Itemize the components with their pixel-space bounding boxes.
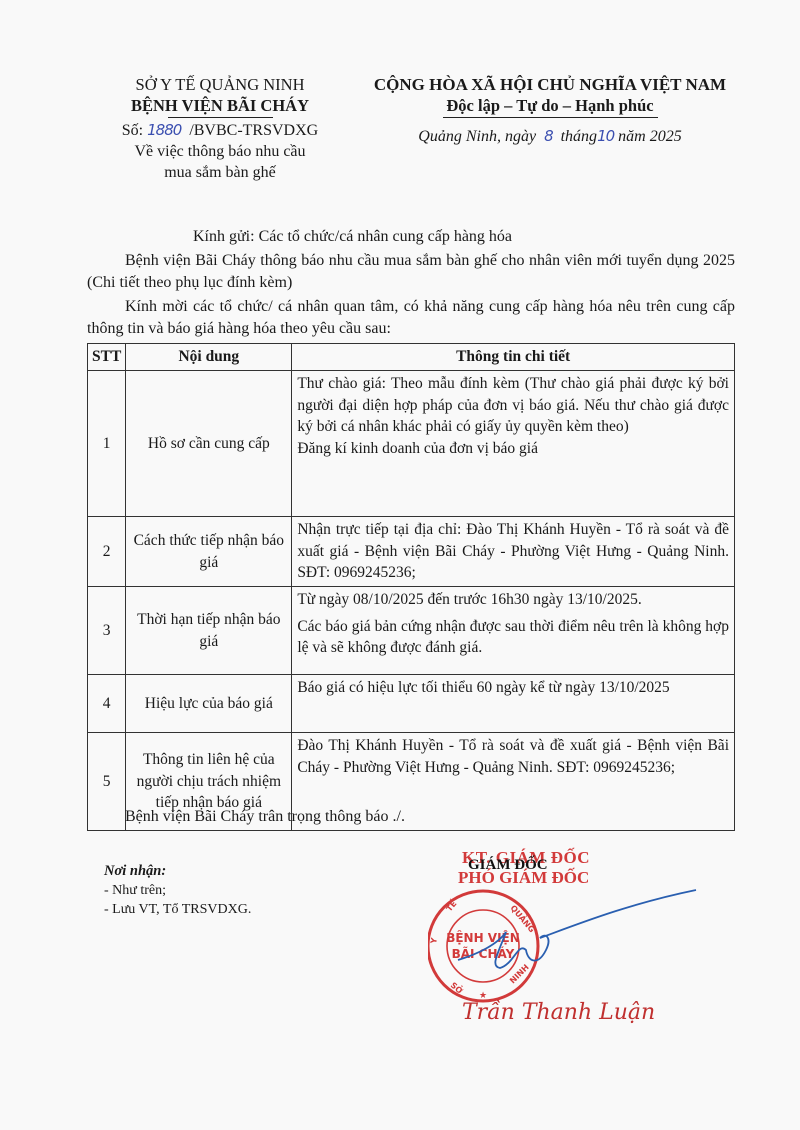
- svg-text:SỞ: SỞ: [449, 978, 466, 995]
- requirements-table: STT Nội dung Thông tin chi tiết 1 Hồ sơ …: [87, 343, 735, 831]
- row-category: Thời hạn tiếp nhận báo giá: [126, 587, 292, 675]
- row-stt: 2: [88, 517, 126, 587]
- recipient-item: - Như trên;: [104, 881, 251, 900]
- detail-line: Thư chào giá: Theo mẫu đính kèm (Thư chà…: [297, 373, 729, 438]
- hospital-name: BỆNH VIỆN BÃI CHÁY: [90, 95, 350, 116]
- table-row: 4 Hiệu lực của báo giá Báo giá có hiệu l…: [88, 675, 735, 733]
- closing-line: Bệnh viện Bãi Cháy trân trọng thông báo …: [125, 808, 405, 826]
- doc-number-suffix: /BVBC-TRSVDXG: [189, 122, 318, 139]
- detail-line: Đào Thị Khánh Huyền - Tổ rà soát và đề x…: [297, 735, 729, 778]
- ministry-name: SỞ Y TẾ QUẢNG NINH: [90, 74, 350, 95]
- national-header-block: CỘNG HÒA XÃ HỘI CHỦ NGHĨA VIỆT NAM Độc l…: [350, 74, 750, 147]
- recipients-label: Nơi nhận:: [104, 862, 251, 881]
- recipients-block: Nơi nhận: - Như trên; - Lưu VT, Tổ TRSVD…: [104, 862, 251, 919]
- row-stt: 4: [88, 675, 126, 733]
- intro-paragraph: Bệnh viện Bãi Cháy thông báo nhu cầu mua…: [87, 250, 735, 293]
- divider: [443, 117, 658, 118]
- header-stt: STT: [88, 344, 126, 371]
- row-stt: 5: [88, 733, 126, 831]
- row-category: Hồ sơ cần cung cấp: [126, 371, 292, 517]
- addressee: Kính gửi: Các tổ chức/cá nhân cung cấp h…: [193, 226, 693, 248]
- republic-title: CỘNG HÒA XÃ HỘI CHỦ NGHĨA VIỆT NAM: [350, 74, 750, 95]
- header-content: Nội dung: [126, 344, 292, 371]
- doc-number-handwritten: 1880: [147, 121, 181, 139]
- recipient-item: - Lưu VT, Tổ TRSVDXG.: [104, 900, 251, 919]
- row-stt: 3: [88, 587, 126, 675]
- date-month-handwritten: 10: [597, 127, 614, 145]
- document-number: Số: 1880 /BVBC-TRSVDXG: [90, 120, 350, 141]
- svg-text:★: ★: [479, 990, 487, 1000]
- date-prefix: Quảng Ninh, ngày: [418, 128, 536, 145]
- detail-line: Các báo giá bản cứng nhận được sau thời …: [297, 616, 729, 659]
- issuing-authority-block: SỞ Y TẾ QUẢNG NINH BỆNH VIỆN BÃI CHÁY Số…: [90, 74, 350, 183]
- svg-text:NINH: NINH: [508, 963, 531, 986]
- table-row: 3 Thời hạn tiếp nhận báo giá Từ ngày 08/…: [88, 587, 735, 675]
- row-stt: 1: [88, 371, 126, 517]
- row-details: Báo giá có hiệu lực tối thiểu 60 ngày kể…: [292, 675, 735, 733]
- row-category: Hiệu lực của báo giá: [126, 675, 292, 733]
- table-row: 1 Hồ sơ cần cung cấp Thư chào giá: Theo …: [88, 371, 735, 517]
- subject-line-1: Về việc thông báo nhu cầu: [90, 141, 350, 162]
- subject-line-2: mua sắm bàn ghế: [90, 162, 350, 183]
- divider: [168, 117, 273, 118]
- signature-block: KT. GIÁM ĐỐC GIÁM ĐỐC PHÓ GIÁM ĐỐC BỆNH …: [440, 848, 700, 1038]
- doc-number-label: Số:: [122, 122, 143, 139]
- date-year: năm 2025: [618, 128, 682, 145]
- table-row: 2 Cách thức tiếp nhận báo giá Nhận trực …: [88, 517, 735, 587]
- table-header-row: STT Nội dung Thông tin chi tiết: [88, 344, 735, 371]
- signer-name: Trần Thanh Luận: [462, 1000, 655, 1025]
- national-motto: Độc lập – Tự do – Hạnh phúc: [350, 95, 750, 116]
- detail-line: Nhận trực tiếp tại địa chỉ: Đào Thị Khán…: [297, 519, 729, 584]
- date-day-handwritten: 8: [544, 127, 553, 145]
- detail-line: Đăng kí kinh doanh của đơn vị báo giá: [297, 438, 729, 460]
- detail-line: Báo giá có hiệu lực tối thiểu 60 ngày kể…: [297, 677, 729, 699]
- date-month-label: tháng: [561, 128, 597, 145]
- row-details: Từ ngày 08/10/2025 đến trước 16h30 ngày …: [292, 587, 735, 675]
- detail-line: Từ ngày 08/10/2025 đến trước 16h30 ngày …: [297, 589, 729, 611]
- invitation-paragraph: Kính mời các tổ chức/ cá nhân quan tâm, …: [87, 296, 735, 339]
- header-details: Thông tin chi tiết: [292, 344, 735, 371]
- row-details: Nhận trực tiếp tại địa chỉ: Đào Thị Khán…: [292, 517, 735, 587]
- row-category: Cách thức tiếp nhận báo giá: [126, 517, 292, 587]
- document-date: Quảng Ninh, ngày 8 tháng10 năm 2025: [350, 126, 750, 147]
- svg-text:Y: Y: [429, 937, 439, 945]
- svg-text:BỆNH VIỆN: BỆNH VIỆN: [446, 930, 520, 945]
- row-details: Thư chào giá: Theo mẫu đính kèm (Thư chà…: [292, 371, 735, 517]
- official-seal-icon: BỆNH VIỆN BÃI CHÁY TẾ QUẢNG Y NINH SỞ ★: [428, 884, 698, 1004]
